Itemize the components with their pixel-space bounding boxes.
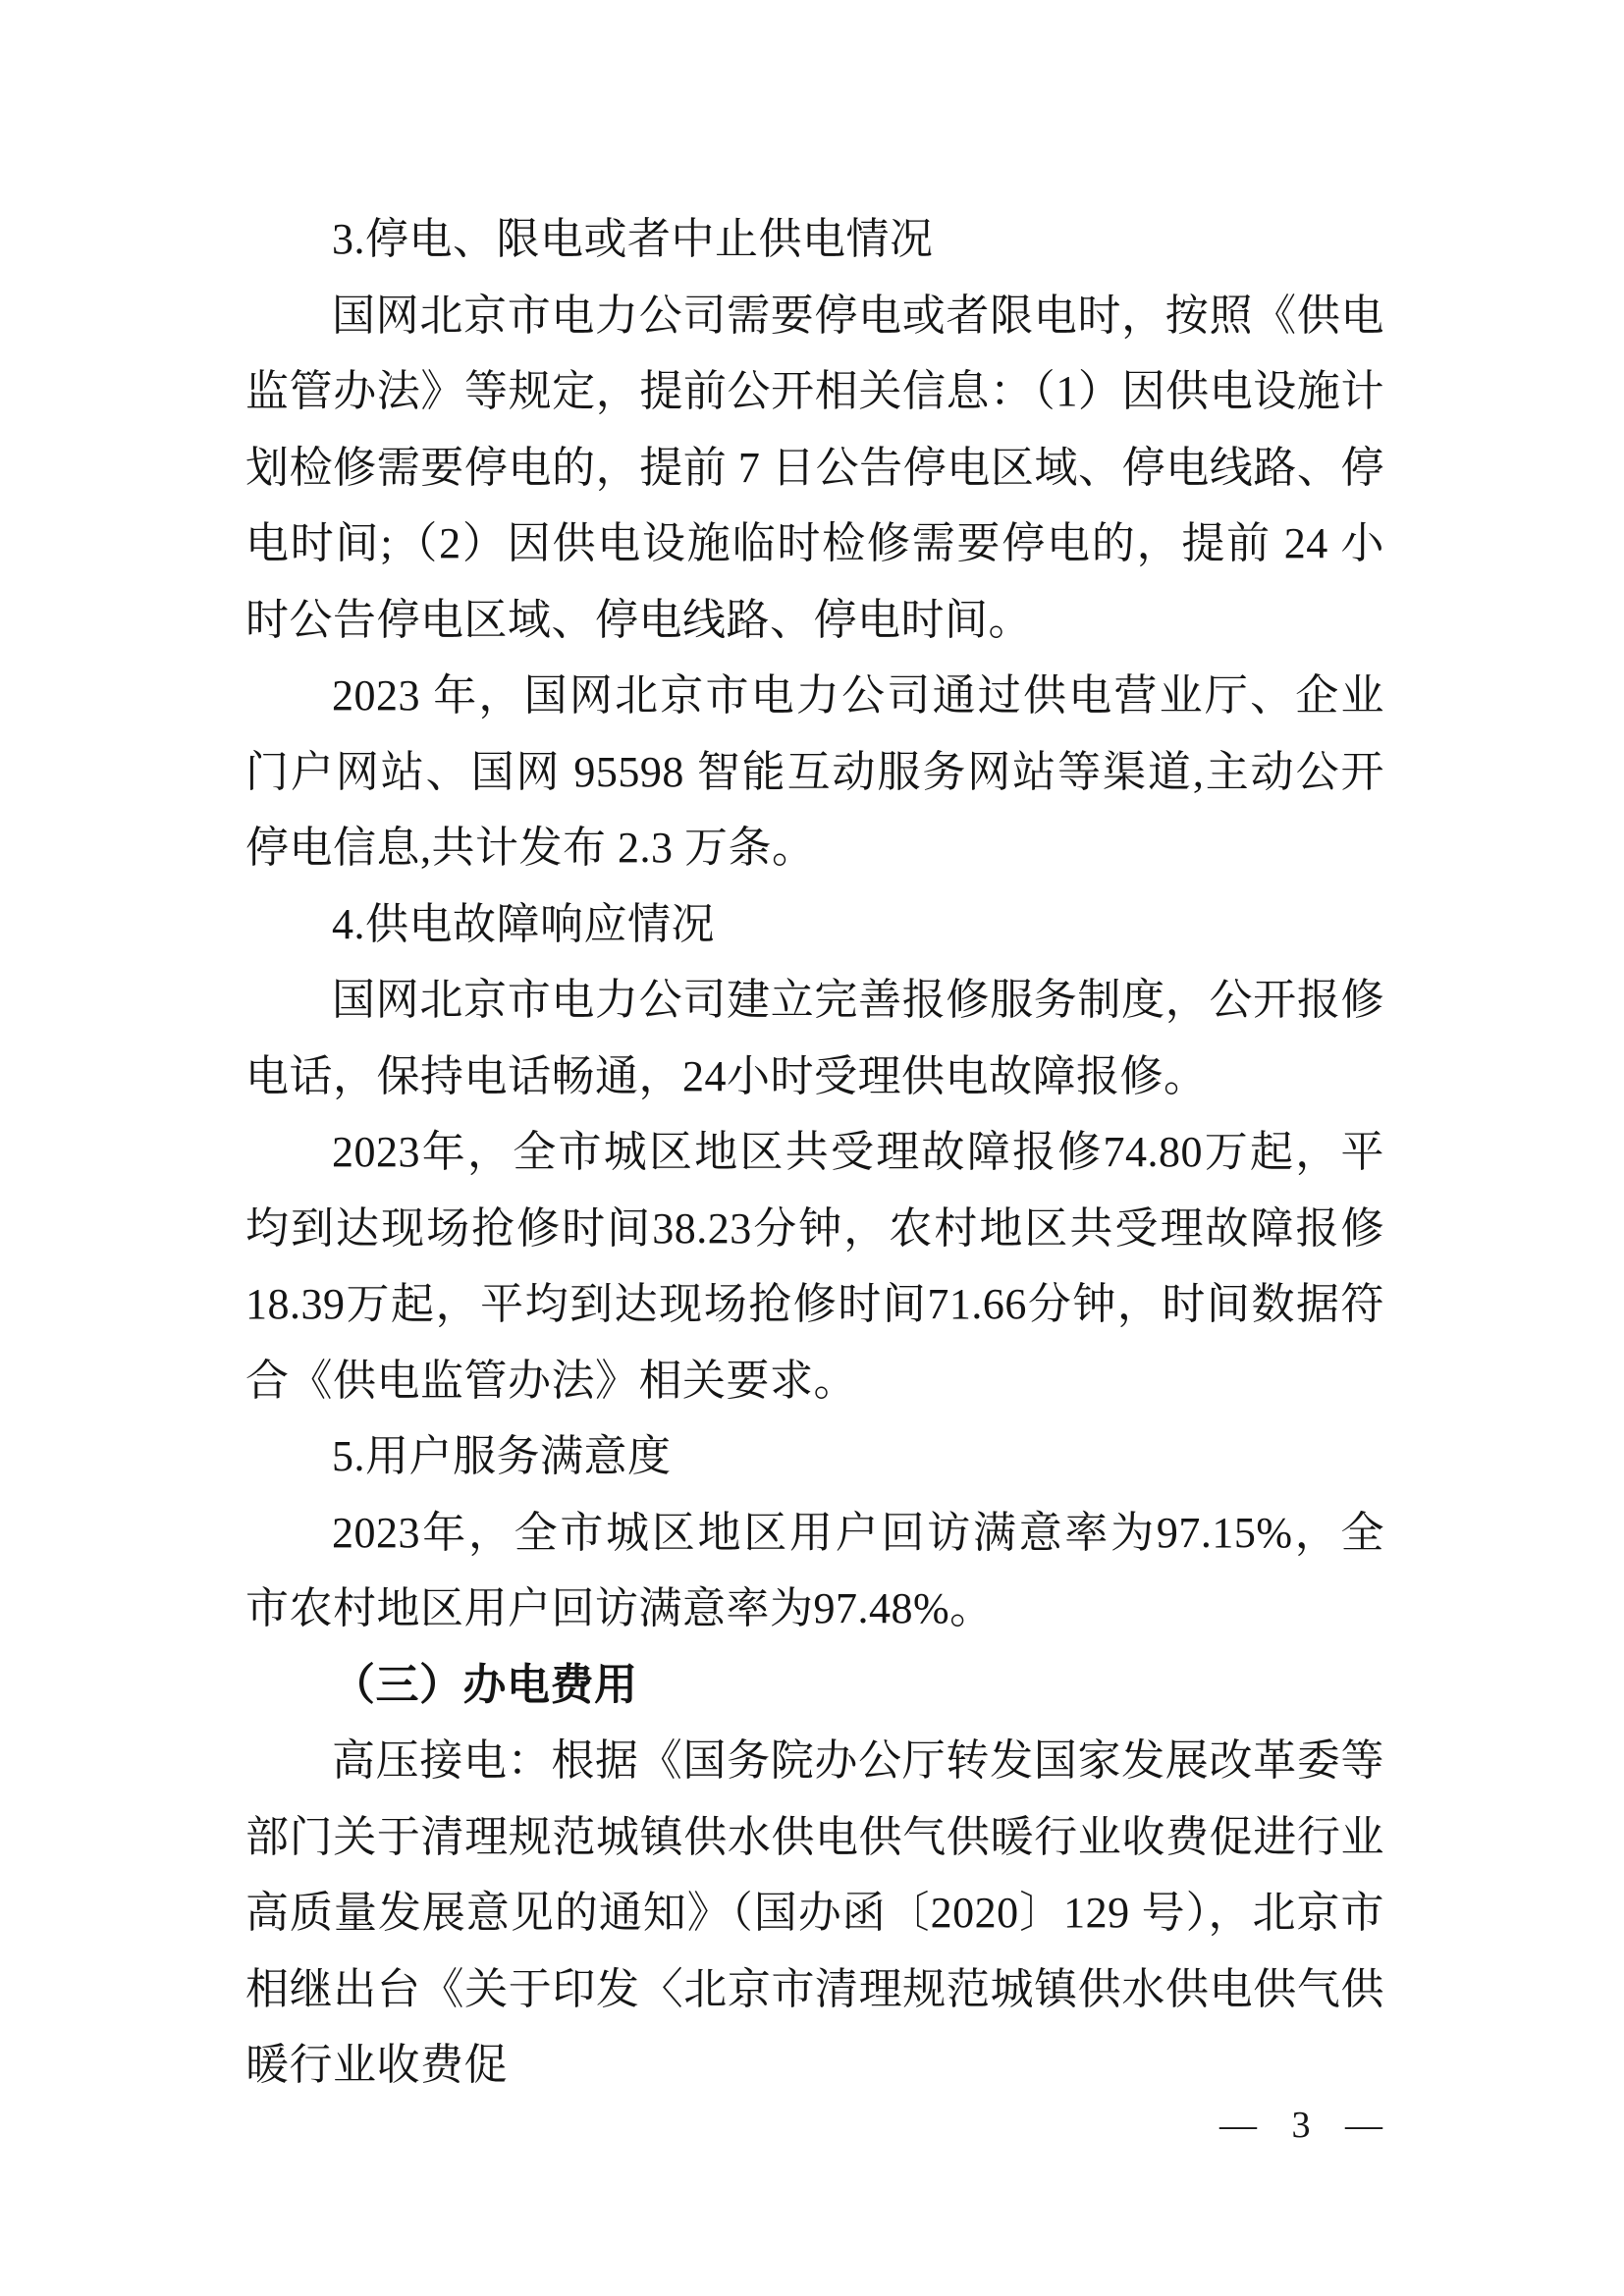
section-heading: 3.停电、限电或者中止供电情况 [245, 201, 1384, 278]
section-heading: 5.用户服务满意度 [245, 1418, 1384, 1495]
document-body: 3.停电、限电或者中止供电情况国网北京市电力公司需要停电或者限电时，按照《供电监… [245, 201, 1384, 2104]
section-heading: （三）办电费用 [245, 1647, 1384, 1724]
section-heading: 4.供电故障响应情况 [245, 886, 1384, 963]
body-paragraph: 2023年，全市城区地区用户回访满意率为97.15%，全市农村地区用户回访满意率… [245, 1495, 1384, 1647]
body-paragraph: 2023 年，国网北京市电力公司通过供电营业厅、企业门户网站、国网 95598 … [245, 658, 1384, 886]
page-footer: — 3 — [245, 2101, 1384, 2150]
body-paragraph: 国网北京市电力公司需要停电或者限电时，按照《供电监管办法》等规定，提前公开相关信… [245, 278, 1384, 659]
page-number: — 3 — [1219, 2105, 1384, 2146]
body-paragraph: 2023年，全市城区地区共受理故障报修74.80万起，平均到达现场抢修时间38.… [245, 1114, 1384, 1418]
document-page: 3.停电、限电或者中止供电情况国网北京市电力公司需要停电或者限电时，按照《供电监… [0, 0, 1624, 2296]
document-screenshot: { "page": { "background": "#ffffff", "te… [0, 0, 1624, 2296]
body-paragraph: 国网北京市电力公司建立完善报修服务制度，公开报修电话，保持电话畅通，24小时受理… [245, 962, 1384, 1114]
body-paragraph: 高压接电：根据《国务院办公厅转发国家发展改革委等部门关于清理规范城镇供水供电供气… [245, 1723, 1384, 2104]
